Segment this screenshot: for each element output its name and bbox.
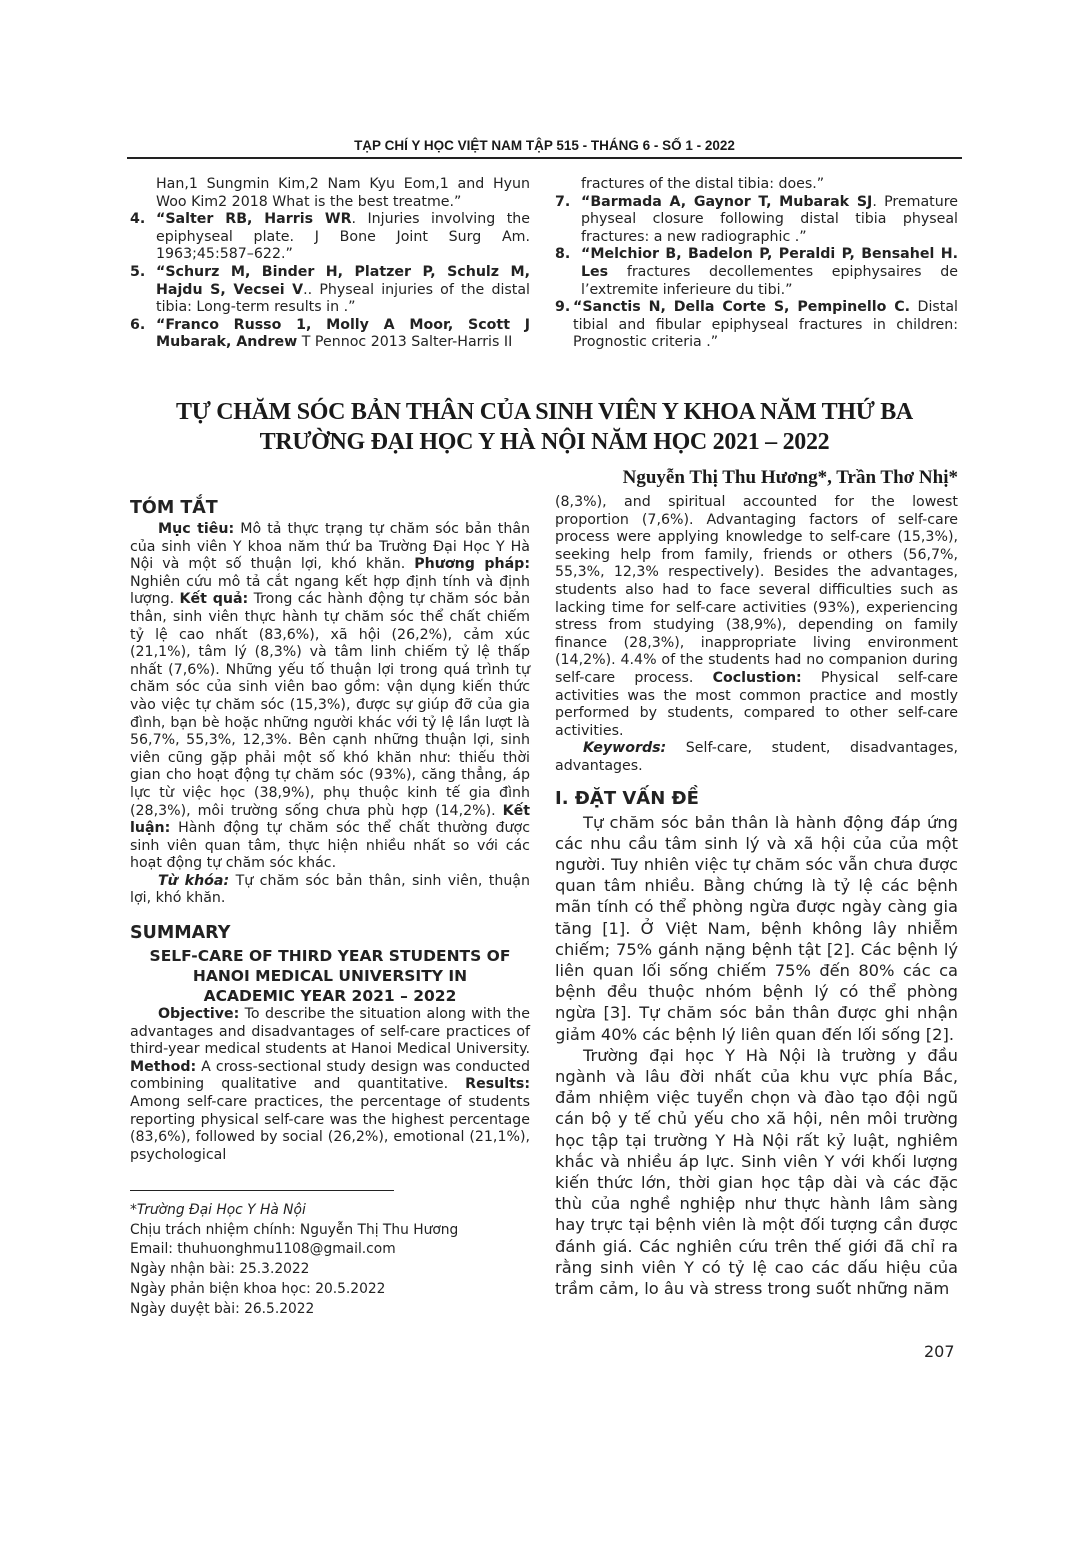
reference-item: 7. “Barmada A, Gaynor T, Mubarak SJ. Pre… [555, 194, 958, 247]
summary-title: SELF-CARE OF THIRD YEAR STUDENTS OF HANO… [130, 946, 530, 1006]
footnote-received: Ngày nhận bài: 25.3.2022 [130, 1260, 530, 1280]
abstract-vi-heading: TÓM TẮT [130, 497, 530, 519]
results-label: Results: [465, 1076, 530, 1092]
reference-item: 9. “Sanctis N, Della Corte S, Pempinello… [555, 299, 958, 352]
reference-item: fractures of the distal tibia: does.” [555, 176, 958, 194]
summary-heading: SUMMARY [130, 922, 530, 944]
references-left-column: Han,1 Sungmin Kim,2 Nam Kyu Eom,1 and Hy… [130, 176, 530, 352]
reference-item: 6. “Franco Russo 1, Molly A Moor, Scott … [130, 317, 530, 352]
reference-number: 6. [130, 317, 156, 352]
page-number: 207 [924, 1342, 955, 1361]
right-main-column: (8,3%), and spiritual accounted for the … [555, 494, 958, 1299]
header-rule [127, 157, 962, 159]
footnotes: *Trường Đại Học Y Hà Nội Chịu trách nhiệ… [130, 1201, 530, 1319]
left-main-column: TÓM TẮT Mục tiêu: Mô tả thực trạng tự ch… [130, 497, 530, 1164]
abstract-vi-body: Mục tiêu: Mô tả thực trạng tự chăm sóc b… [130, 521, 530, 873]
footnote-accepted: Ngày duyệt bài: 26.5.2022 [130, 1300, 530, 1320]
article-authors: Nguyễn Thị Thu Hương*, Trần Thơ Nhị* [623, 467, 958, 489]
reference-item: 5. “Schurz M, Binder H, Platzer P, Schul… [130, 264, 530, 317]
article-title: TỰ CHĂM SÓC BẢN THÂN CỦA SINH VIÊN Y KHO… [127, 397, 962, 457]
keywords-label: Từ khóa: [158, 873, 229, 889]
footnote-responsible: Chịu trách nhiệm chính: Nguyễn Thị Thu H… [130, 1221, 530, 1241]
method-label: Phương pháp: [414, 556, 530, 572]
reference-authors: “Barmada A, Gaynor T, Mubarak SJ [581, 194, 872, 210]
introduction-paragraph-1: Tự chăm sóc bản thân là hành động đáp ứn… [555, 812, 958, 1045]
reference-number: 9. [555, 299, 573, 352]
running-head: TẠP CHÍ Y HỌC VIỆT NAM TẬP 515 - THÁNG 6… [127, 138, 962, 153]
references-right-column: fractures of the distal tibia: does.” 7.… [555, 176, 958, 352]
summary-title-line-1: SELF-CARE OF THIRD YEAR STUDENTS OF [130, 946, 530, 966]
journal-page: TẠP CHÍ Y HỌC VIỆT NAM TẬP 515 - THÁNG 6… [0, 0, 1090, 1541]
abstract-en-body-right: (8,3%), and spiritual accounted for the … [555, 494, 958, 740]
abstract-en-body-left: Objective: To describe the situation alo… [130, 1006, 530, 1164]
keywords-label: Keywords: [583, 740, 666, 756]
keywords-vi: Từ khóa: Tự chăm sóc bản thân, sinh viên… [130, 873, 530, 908]
reference-authors: “Sanctis N, Della Corte S, Pempinello C. [573, 299, 910, 315]
article-title-line-1: TỰ CHĂM SÓC BẢN THÂN CỦA SINH VIÊN Y KHO… [127, 397, 962, 427]
reference-number: 7. [555, 194, 581, 247]
objective-label: Mục tiêu: [158, 521, 234, 537]
reference-item: 4. “Salter RB, Harris WR. Injuries invol… [130, 211, 530, 264]
conclusion-label: Coclustion: [713, 670, 802, 686]
reference-authors: “Salter RB, Harris WR [156, 211, 352, 227]
results-label: Kết quả: [180, 591, 249, 607]
keywords-en: Keywords: Self-care, student, disadvanta… [555, 740, 958, 775]
summary-title-line-3: ACADEMIC YEAR 2021 – 2022 [130, 986, 530, 1006]
reference-text: T Pennoc 2013 Salter-Harris II [297, 334, 512, 350]
introduction-heading: I. ĐẶT VẤN ĐỀ [555, 788, 958, 810]
article-title-line-2: TRƯỜNG ĐẠI HỌC Y HÀ NỘI NĂM HỌC 2021 – 2… [127, 427, 962, 457]
results-text-continued: (8,3%), and spiritual accounted for the … [555, 494, 958, 686]
reference-item: Han,1 Sungmin Kim,2 Nam Kyu Eom,1 and Hy… [130, 176, 530, 211]
method-label: Method: [130, 1059, 196, 1075]
footnote-affiliation: *Trường Đại Học Y Hà Nội [130, 1201, 530, 1221]
reference-text: fractures decollementes epiphysaires de … [581, 264, 958, 298]
reference-number: 8. [555, 246, 581, 299]
reference-text: Han,1 Sungmin Kim,2 Nam Kyu Eom,1 and Hy… [130, 176, 530, 211]
results-text: Among self-care practices, the percentag… [130, 1094, 530, 1163]
reference-number: 5. [130, 264, 156, 317]
conclusion-text: Hành động tự chăm sóc thể chất thường đư… [130, 820, 530, 871]
results-text: Trong các hành động tự chăm sóc bản thân… [130, 591, 530, 818]
objective-label: Objective: [158, 1006, 239, 1022]
footnote-rule [130, 1190, 394, 1191]
summary-title-line-2: HANOI MEDICAL UNIVERSITY IN [130, 966, 530, 986]
reference-text: fractures of the distal tibia: does.” [555, 176, 958, 194]
introduction-paragraph-2: Trường đại học Y Hà Nội là trường y đầu … [555, 1045, 958, 1299]
footnote-reviewed: Ngày phản biện khoa học: 20.5.2022 [130, 1280, 530, 1300]
reference-number: 4. [130, 211, 156, 264]
footnote-email[interactable]: Email: thuhuonghmu1108@gmail.com [130, 1240, 530, 1260]
reference-item: 8. “Melchior B, Badelon P, Peraldi P, Be… [555, 246, 958, 299]
